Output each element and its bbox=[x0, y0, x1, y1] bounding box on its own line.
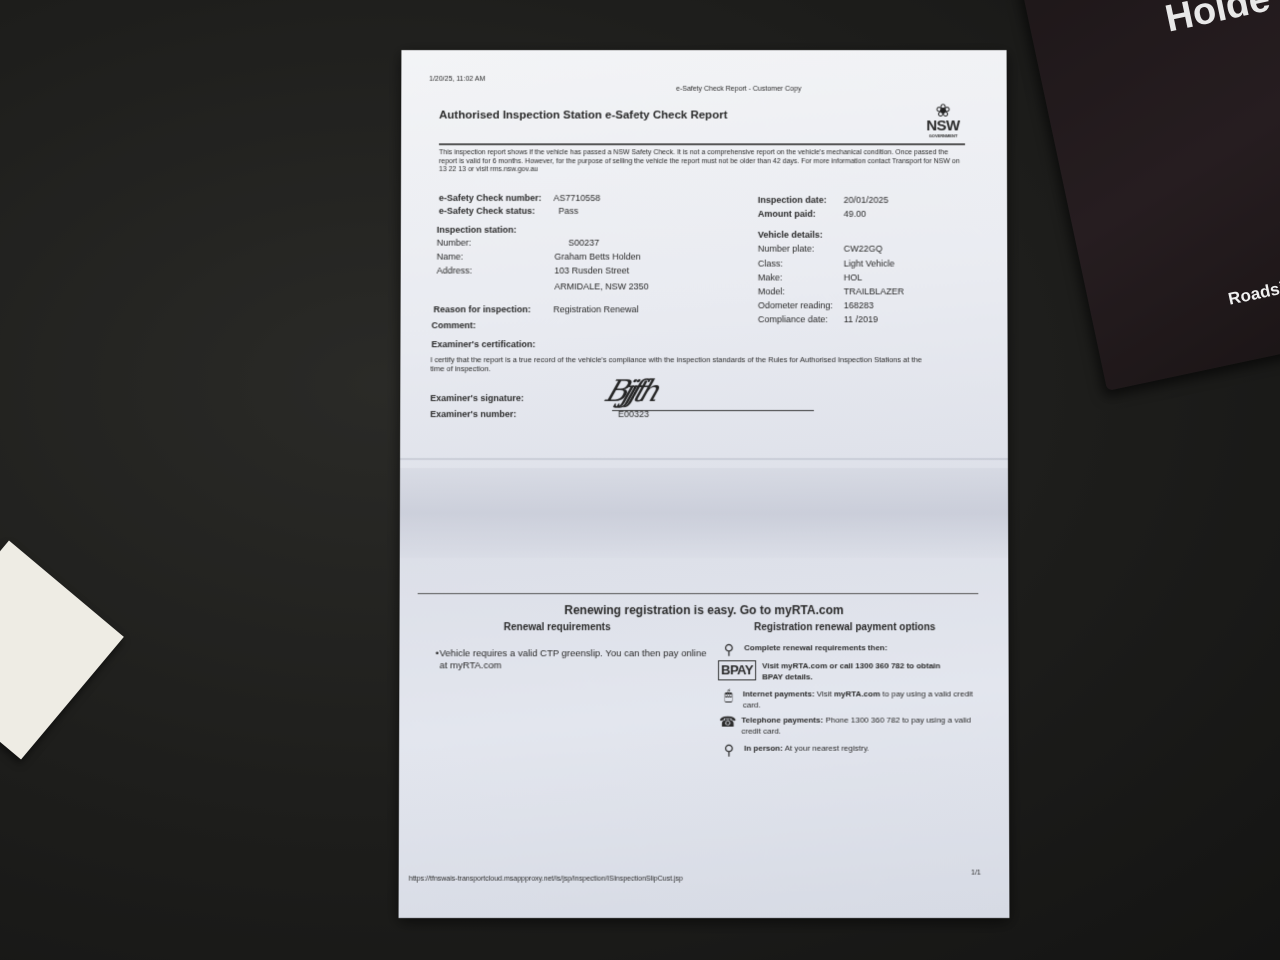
person-icon: ⚲ bbox=[718, 642, 740, 656]
payment-option-internet: 🖱 Internet payments: Visit myRTA.com to … bbox=[718, 688, 979, 710]
station-address-line2-row: ARMIDALE, NSW 2350 bbox=[554, 281, 648, 291]
intro-paragraph: This inspection report shows if the vehi… bbox=[439, 149, 967, 174]
footer-url: https://tfnswais-transportcloud.msapppro… bbox=[409, 876, 683, 883]
signature-row: Examiner's signature: bbox=[430, 393, 524, 403]
examiner-number-row: Examiner's number: E00323 bbox=[430, 409, 649, 419]
payment-options-heading: Registration renewal payment options bbox=[754, 622, 935, 633]
plate-row: Number plate: CW22GQ bbox=[758, 244, 883, 254]
make-row: Make: HOL bbox=[758, 273, 862, 283]
bpay-logo: BPAY bbox=[718, 660, 756, 680]
vehicle-heading: Vehicle details: bbox=[758, 230, 823, 240]
report-copy-label: e-Safety Check Report - Customer Copy bbox=[676, 86, 801, 93]
reason-row: Reason for inspection: Registration Rene… bbox=[433, 304, 638, 314]
check-status-value: Pass bbox=[558, 206, 578, 216]
check-number-value: AS7710558 bbox=[553, 193, 600, 203]
renewal-title: Renewing registration is easy. Go to myR… bbox=[400, 603, 1009, 617]
amount-paid-row: Amount paid: 49.00 bbox=[758, 209, 866, 219]
odometer-value: 168283 bbox=[844, 300, 874, 310]
model-value: TRAILBLAZER bbox=[844, 286, 904, 296]
check-status-label: e-Safety Check status: bbox=[439, 206, 559, 216]
renewal-requirement-item: Vehicle requires a valid CTP greenslip. … bbox=[439, 648, 710, 672]
check-status-row: e-Safety Check status: Pass bbox=[439, 206, 579, 216]
mouse-icon: 🖱 bbox=[718, 688, 739, 702]
station-number-row: Number: S00237 bbox=[437, 238, 600, 248]
report-title: Authorised Inspection Station e-Safety C… bbox=[439, 110, 727, 122]
make-value: HOL bbox=[844, 273, 862, 283]
title-divider bbox=[439, 143, 965, 145]
inspection-date-value: 20/01/2025 bbox=[844, 195, 889, 205]
compliance-row: Compliance date: 11 /2019 bbox=[758, 314, 878, 324]
comment-row: Comment: bbox=[431, 320, 475, 330]
plate-value: CW22GQ bbox=[844, 244, 883, 254]
payment-option-telephone: ☎ Telephone payments: Phone 1300 360 782… bbox=[718, 715, 979, 737]
class-value: Light Vehicle bbox=[844, 259, 895, 269]
certification-text: I certify that the report is a true reco… bbox=[430, 355, 929, 373]
print-timestamp: 1/20/25, 11:02 AM bbox=[429, 76, 485, 83]
class-row: Class: Light Vehicle bbox=[758, 259, 895, 269]
examiner-number-value: E00323 bbox=[618, 409, 649, 419]
paper-fold-line bbox=[400, 458, 1008, 460]
station-name-row: Name: Graham Betts Holden bbox=[437, 252, 641, 262]
station-heading: Inspection station: bbox=[437, 225, 517, 235]
inspection-report-document: 1/20/25, 11:02 AM e-Safety Check Report … bbox=[399, 50, 1010, 918]
background-folder bbox=[1020, 0, 1280, 391]
renewal-divider bbox=[418, 593, 979, 594]
background-paper bbox=[0, 541, 124, 760]
person-icon: ⚲ bbox=[718, 743, 740, 757]
reason-value: Registration Renewal bbox=[553, 304, 638, 314]
station-address-line2: ARMIDALE, NSW 2350 bbox=[554, 281, 648, 291]
logo-main-text: NSW bbox=[919, 119, 967, 133]
telephone-icon: ☎ bbox=[718, 715, 737, 729]
station-number-value: S00237 bbox=[568, 238, 599, 248]
footer-page-number: 1/1 bbox=[971, 870, 981, 877]
compliance-value: 11 /2019 bbox=[844, 314, 878, 324]
payment-option-complete: ⚲ Complete renewal requirements then: bbox=[718, 642, 978, 656]
certification-heading: Examiner's certification: bbox=[431, 339, 535, 349]
renewal-requirements-heading: Renewal requirements bbox=[504, 622, 611, 633]
payment-option-in-person: ⚲ In person: At your nearest registry. bbox=[718, 743, 979, 757]
check-number-label: e-Safety Check number: bbox=[439, 193, 554, 203]
inspection-date-row: Inspection date: 20/01/2025 bbox=[758, 195, 889, 205]
examiner-signature: Bjjfth bbox=[602, 374, 662, 409]
check-number-row: e-Safety Check number: AS7710558 bbox=[439, 193, 601, 203]
station-name-value: Graham Betts Holden bbox=[554, 252, 640, 262]
station-address-line1: 103 Rusden Street bbox=[554, 266, 629, 276]
paper-shadow bbox=[400, 468, 1009, 558]
model-row: Model: TRAILBLAZER bbox=[758, 286, 904, 296]
station-address-row: Address: 103 Rusden Street bbox=[437, 266, 630, 276]
amount-paid-value: 49.00 bbox=[844, 209, 866, 219]
nsw-government-logo: ❀ NSW GOVERNMENT bbox=[919, 102, 967, 139]
payment-option-bpay: BPAY Visit myRTA.com or call 1300 360 78… bbox=[718, 660, 979, 682]
odometer-row: Odometer reading: 168283 bbox=[758, 300, 874, 310]
